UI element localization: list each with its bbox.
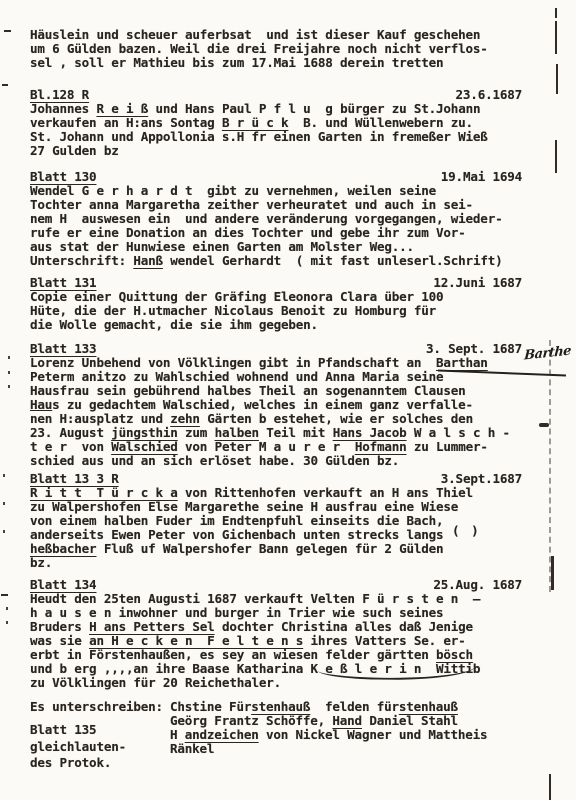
entry-date: 19.Mai 1694 xyxy=(441,170,522,184)
margin-dot-artifact xyxy=(3,530,5,533)
entry-date: 3.Sept.1687 xyxy=(441,472,522,486)
margin-dash-artifact xyxy=(539,423,549,427)
margin-line-artifact xyxy=(555,140,557,173)
margin-line-artifact xyxy=(549,774,551,800)
entry-heading: Blatt 134 xyxy=(30,578,96,592)
entry-blatt-134: Blatt 134 25.Aug. 1687 Heudt den 25ten A… xyxy=(30,578,546,690)
handwritten-annotation: Barthe xyxy=(524,344,572,363)
margin-dot-artifact xyxy=(3,502,5,505)
margin-line-artifact xyxy=(555,21,557,54)
entry-heading: Blatt 130 xyxy=(30,170,96,184)
entry-blatt-130: Blatt 130 19.Mai 1694 Wendel G e r h a r… xyxy=(30,170,546,268)
margin-dash-artifact xyxy=(2,84,8,86)
margin-dash-artifact xyxy=(1,594,8,596)
entry-heading-row: Blatt 134 25.Aug. 1687 xyxy=(30,578,522,592)
entry-heading: Blatt 131 xyxy=(30,276,96,290)
margin-dot-artifact xyxy=(8,385,10,388)
margin-dot-artifact xyxy=(8,356,10,359)
entry-body: Copie einer Quittung der Gräfing Eleonor… xyxy=(30,290,546,332)
entry-heading-row: Blatt 130 19.Mai 1694 xyxy=(30,170,522,184)
entry-bl-128-r: Bl.128 R 23.6.1687 Johannes R e i ß und … xyxy=(30,88,546,158)
margin-dash-artifact xyxy=(4,30,11,32)
entry-heading-row: Blatt 131 12.Juni 1687 xyxy=(30,276,522,290)
entry-heading-row: Blatt 13 3 R 3.Sept.1687 xyxy=(30,472,522,486)
entry-heading-row: Bl.128 R 23.6.1687 xyxy=(30,88,522,102)
intro-paragraph: Häuslein und scheuer auferbsat und ist d… xyxy=(30,28,546,70)
signature-block: Es unterschreiben: Blatt 135 gleichlaute… xyxy=(30,700,546,772)
margin-dot-artifact xyxy=(8,371,10,374)
entry-body: Johannes R e i ß und Hans Paul P f l u g… xyxy=(30,102,546,158)
entry-blatt-133-r: Blatt 13 3 R 3.Sept.1687 R i t t T ü r c… xyxy=(30,472,546,570)
entry-heading: Blatt 13 3 R xyxy=(30,472,119,486)
margin-dot-artifact xyxy=(6,607,8,610)
entry-date: 25.Aug. 1687 xyxy=(433,578,522,592)
margin-parentheses-mark: ( ) xyxy=(452,524,481,538)
margin-dot-artifact xyxy=(6,621,8,624)
blatt-135-note: Blatt 135 gleichlauten- des Protok. xyxy=(30,722,170,772)
signature-label: Es unterschreiben: xyxy=(30,700,170,714)
entry-date: 3. Sept. 1687 xyxy=(426,342,522,356)
margin-line-artifact xyxy=(556,64,558,94)
entry-body: Lorenz Unbehend von Völklingen gibt in P… xyxy=(30,356,546,468)
margin-dashed-line-artifact xyxy=(549,340,551,592)
entry-body: Wendel G e r h a r d t gibt zu vernehmen… xyxy=(30,184,546,268)
entry-blatt-133: Blatt 133 3. Sept. 1687 Lorenz Unbehend … xyxy=(30,342,546,468)
signature-names: Chstine Fürstenhauß felden fürstenhauß G… xyxy=(170,700,487,772)
entry-body: Heudt den 25ten Augusti 1687 verkauft Ve… xyxy=(30,592,546,690)
margin-line-artifact xyxy=(551,556,554,590)
entry-heading: Blatt 133 xyxy=(30,342,96,356)
scanned-document-page: Häuslein und scheuer auferbsat und ist d… xyxy=(0,0,576,800)
entry-blatt-131: Blatt 131 12.Juni 1687 Copie einer Quitt… xyxy=(30,276,546,332)
margin-dot-artifact xyxy=(3,474,5,477)
entry-date: 12.Juni 1687 xyxy=(433,276,522,290)
signature-left-column: Es unterschreiben: Blatt 135 gleichlaute… xyxy=(30,700,170,772)
entry-heading-row: Blatt 133 3. Sept. 1687 xyxy=(30,342,522,356)
entry-heading: Bl.128 R xyxy=(30,88,89,102)
margin-line-artifact xyxy=(555,8,557,18)
entry-date: 23.6.1687 xyxy=(456,88,522,102)
